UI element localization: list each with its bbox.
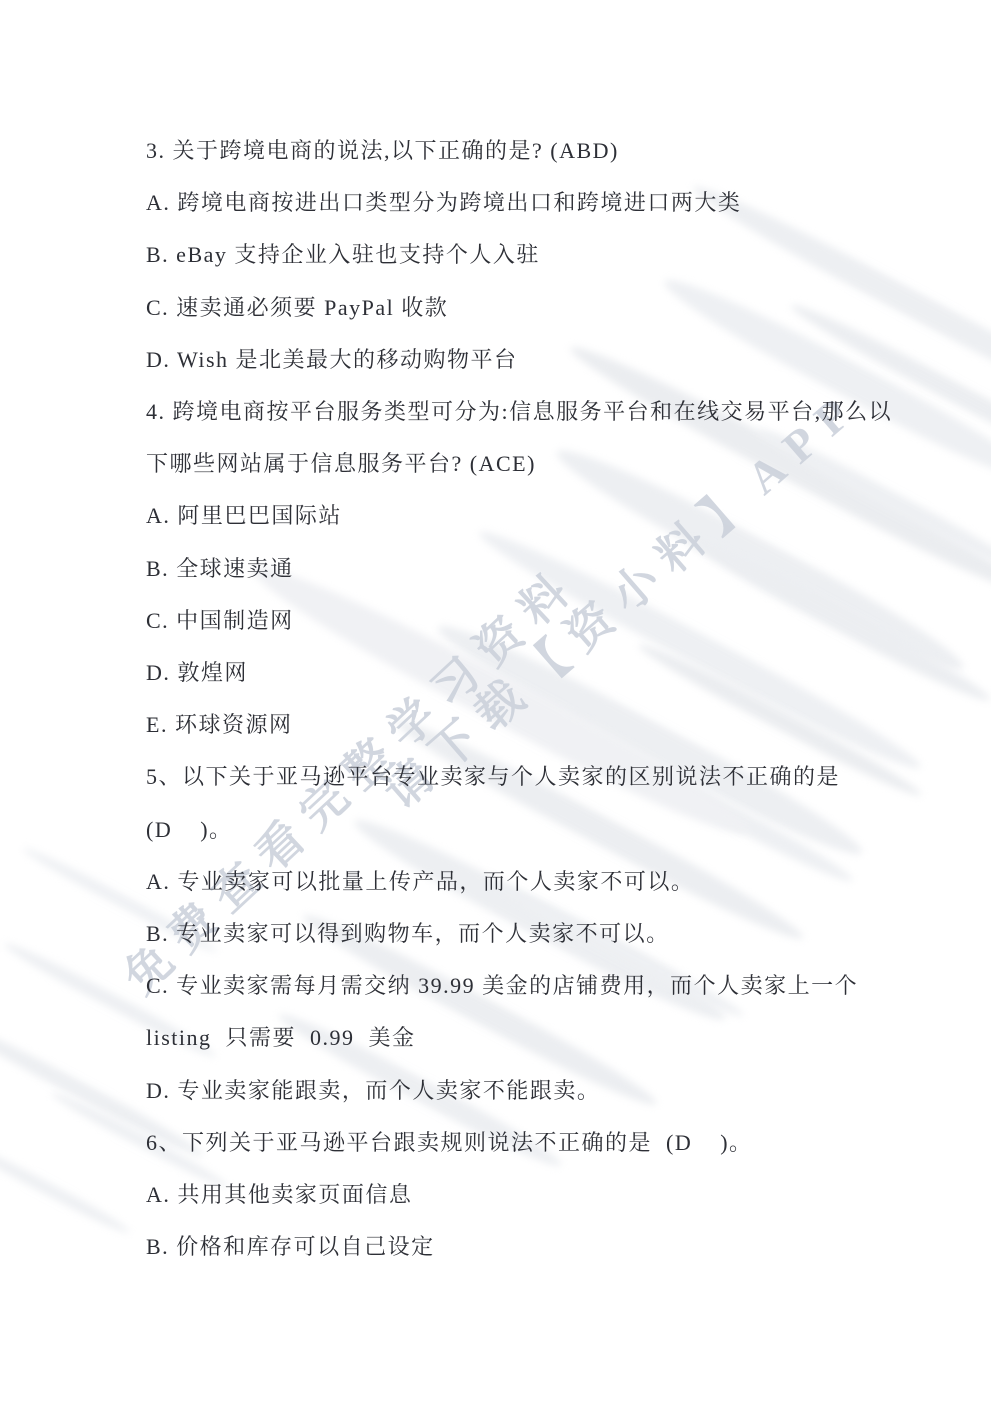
- document-page: 免费查看完整学习资料 请下载【资小料】APP 3. 关于跨境电商的说法,以下正确…: [0, 0, 991, 1404]
- document-line: 6、下列关于亚马逊平台跟卖规则说法不正确的是 (D )。: [146, 1128, 753, 1158]
- document-line: A. 共用其他卖家页面信息: [146, 1180, 412, 1210]
- document-line: 下哪些网站属于信息服务平台? (ACE): [146, 449, 536, 479]
- document-line: D. Wish 是北美最大的移动购物平台: [146, 345, 518, 375]
- document-line: B. eBay 支持企业入驻也支持个人入驻: [146, 240, 540, 270]
- document-line: 4. 跨境电商按平台服务类型可分为:信息服务平台和在线交易平台,那么以: [146, 397, 892, 427]
- document-line: A. 专业卖家可以批量上传产品，而个人卖家不可以。: [146, 867, 694, 897]
- document-line: 5、以下关于亚马逊平台专业卖家与个人卖家的区别说法不正确的是: [146, 762, 840, 792]
- document-line: D. 敦煌网: [146, 658, 248, 688]
- document-line: E. 环球资源网: [146, 710, 292, 740]
- document-text: 3. 关于跨境电商的说法,以下正确的是? (ABD)A. 跨境电商按进出口类型分…: [0, 0, 991, 1404]
- document-line: (D )。: [146, 815, 233, 845]
- document-line: B. 专业卖家可以得到购物车，而个人卖家不可以。: [146, 919, 670, 949]
- document-line: B. 价格和库存可以自己设定: [146, 1232, 435, 1262]
- document-line: A. 阿里巴巴国际站: [146, 501, 342, 531]
- document-line: D. 专业卖家能跟卖，而个人卖家不能跟卖。: [146, 1076, 600, 1106]
- document-line: C. 中国制造网: [146, 606, 294, 636]
- document-line: B. 全球速卖通: [146, 554, 294, 584]
- document-line: C. 速卖通必须要 PayPal 收款: [146, 293, 448, 323]
- document-line: 3. 关于跨境电商的说法,以下正确的是? (ABD): [146, 136, 619, 166]
- document-line: listing 只需要 0.99 美金: [146, 1023, 416, 1053]
- document-line: C. 专业卖家需每月需交纳 39.99 美金的店铺费用，而个人卖家上一个: [146, 971, 858, 1001]
- document-line: A. 跨境电商按进出口类型分为跨境出口和跨境进口两大类: [146, 188, 741, 218]
